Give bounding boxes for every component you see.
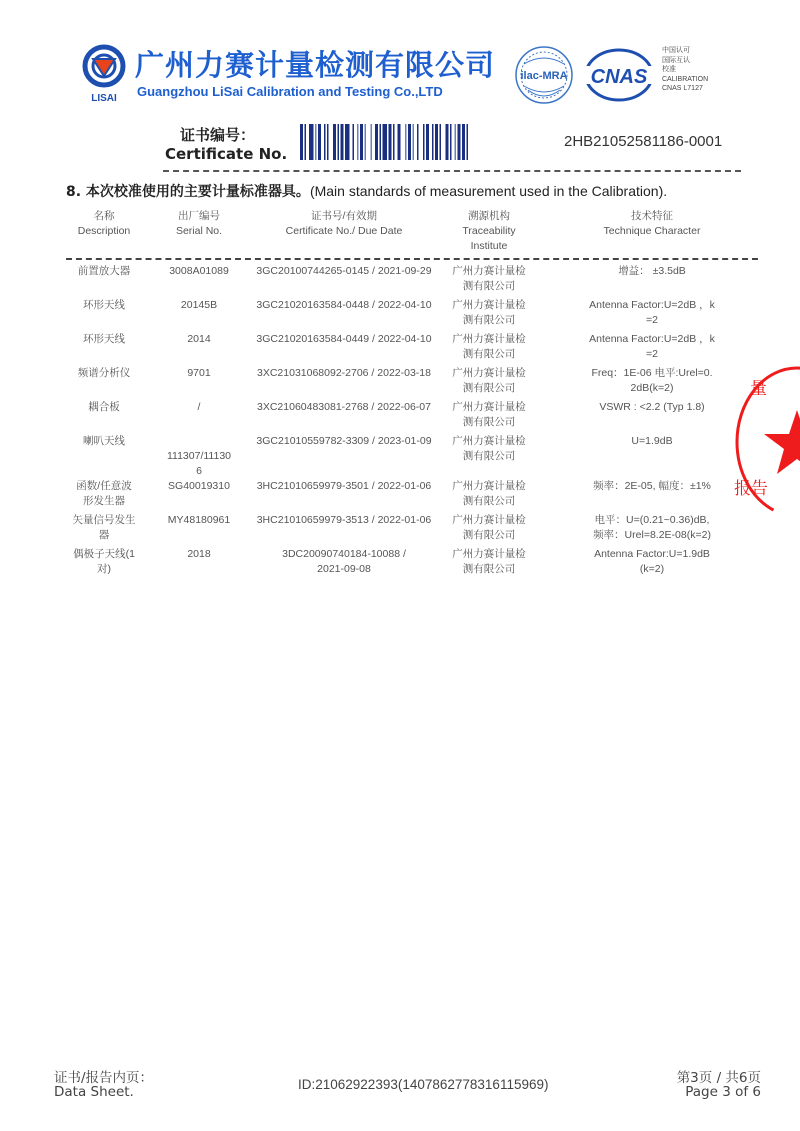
header-divider <box>66 258 758 260</box>
cell-certificate: 3GC21020163584-0449 / 2022-04-10 <box>254 332 434 366</box>
barcode <box>300 124 518 160</box>
svg-text:报告: 报告 <box>734 479 768 499</box>
table-row: 频谱分析仪97013XC21031068092-2706 / 2022-03-1… <box>64 366 760 400</box>
cell-serial: 2018 <box>144 547 254 581</box>
page-number-cn: 第3页 / 共6页 <box>677 1066 761 1086</box>
svg-text:量: 量 <box>750 379 767 399</box>
cell-description: 喇叭天线 <box>64 434 144 479</box>
table-row: 函数/任意波形发生器SG400193103HC21010659979-3501 … <box>64 479 760 513</box>
cell-serial: MY48180961 <box>144 513 254 547</box>
table-row: 耦合板/3XC21060483081-2768 / 2022-06-07广州力赛… <box>64 400 760 434</box>
cell-technique: U=1.9dB <box>544 434 760 479</box>
cell-certificate: 3GC21020163584-0448 / 2022-04-10 <box>254 298 434 332</box>
cell-serial: 2014 <box>144 332 254 366</box>
cell-certificate: 3GC21010559782-3309 / 2023-01-09 <box>254 434 434 479</box>
cell-description: 偶极子天线(1对) <box>64 547 144 581</box>
cell-description: 耦合板 <box>64 400 144 434</box>
header-description: 名称Description <box>64 209 144 258</box>
cell-traceability: 广州力赛计量检测有限公司 <box>434 332 544 366</box>
cell-description: 频谱分析仪 <box>64 366 144 400</box>
cell-traceability: 广州力赛计量检测有限公司 <box>434 547 544 581</box>
header-traceability: 溯源机构Traceability Institute <box>434 209 544 258</box>
cell-technique: Freq：1E-06 电平:Urel=0.2dB(k=2) <box>544 366 760 400</box>
cell-description: 前置放大器 <box>64 264 144 298</box>
cell-serial: SG40019310 <box>144 479 254 513</box>
cell-description: 函数/任意波形发生器 <box>64 479 144 513</box>
document-id: ID:21062922393(1407862778316115969) <box>298 1077 548 1092</box>
cell-technique: 增益： ±3.5dB <box>544 264 760 298</box>
svg-text:ilac-MRA: ilac-MRA <box>520 70 567 82</box>
header-certificate: 证书号/有效期Certificate No./ Due Date <box>254 209 434 258</box>
cell-technique: Antenna Factor:U=2dB ，k=2 <box>544 332 760 366</box>
cell-serial: 111307/111306 <box>144 434 254 479</box>
company-name-en: Guangzhou LiSai Calibration and Testing … <box>137 84 443 99</box>
cell-technique: VSWR : <2.2 (Typ 1.8) <box>544 400 760 434</box>
page-number-en: Page 3 of 6 <box>685 1084 761 1100</box>
cell-serial: 3008A01089 <box>144 264 254 298</box>
cell-technique: Antenna Factor:U=2dB ，k=2 <box>544 298 760 332</box>
cell-certificate: 3GC20100744265-0145 / 2021-09-29 <box>254 264 434 298</box>
lisai-logo-icon: LISAI <box>80 44 128 104</box>
certificate-number: 2HB21052581186-0001 <box>564 133 722 150</box>
cell-traceability: 广州力赛计量检测有限公司 <box>434 479 544 513</box>
cell-technique: 电平：U=(0.21~0.36)dB, 频率：Urel=8.2E-08(k=2) <box>544 513 760 547</box>
cell-certificate: 3XC21031068092-2706 / 2022-03-18 <box>254 366 434 400</box>
cell-description: 矢量信号发生器 <box>64 513 144 547</box>
cell-description: 环形天线 <box>64 298 144 332</box>
table-row: 矢量信号发生器MY481809613HC21010659979-3513 / 2… <box>64 513 760 547</box>
cell-certificate: 3DC20090740184-10088 / 2021-09-08 <box>254 547 434 581</box>
cell-serial: 9701 <box>144 366 254 400</box>
cell-technique: Antenna Factor:U=1.9dB (k=2) <box>544 547 760 581</box>
table-row: 环形天线20143GC21020163584-0449 / 2022-04-10… <box>64 332 760 366</box>
cell-traceability: 广州力赛计量检测有限公司 <box>434 264 544 298</box>
svg-text:CNAS: CNAS <box>591 66 648 88</box>
divider <box>163 170 741 172</box>
section-title: 8. 本次校准使用的主要计量标准器具。(Main standards of me… <box>66 181 667 201</box>
cell-traceability: 广州力赛计量检测有限公司 <box>434 298 544 332</box>
company-name-cn: 广州力赛计量检测有限公司 <box>135 47 495 83</box>
cell-traceability: 广州力赛计量检测有限公司 <box>434 400 544 434</box>
cell-description: 环形天线 <box>64 332 144 366</box>
footer-label-cn: 证书/报告内页： <box>54 1066 153 1086</box>
standards-table: 名称Description 出厂编号Serial No. 证书号/有效期Cert… <box>64 209 760 581</box>
red-seal-stamp: 量 报告 <box>732 362 800 522</box>
cell-technique: 频率：2E-05, 幅度：±1% <box>544 479 760 513</box>
table-row: 喇叭天线111307/1113063GC21010559782-3309 / 2… <box>64 434 760 479</box>
cell-traceability: 广州力赛计量检测有限公司 <box>434 513 544 547</box>
table-row: 前置放大器3008A010893GC20100744265-0145 / 202… <box>64 264 760 298</box>
svg-text:LISAI: LISAI <box>91 93 117 104</box>
cell-certificate: 3HC21010659979-3501 / 2022-01-06 <box>254 479 434 513</box>
cell-certificate: 3XC21060483081-2768 / 2022-06-07 <box>254 400 434 434</box>
ilac-mra-logo-icon: ilac-MRA <box>514 44 574 106</box>
cell-certificate: 3HC21010659979-3513 / 2022-01-06 <box>254 513 434 547</box>
table-row: 环形天线20145B3GC21020163584-0448 / 2022-04-… <box>64 298 760 332</box>
certificate-label-cn: 证书编号： <box>180 124 255 145</box>
cell-traceability: 广州力赛计量检测有限公司 <box>434 434 544 479</box>
header-serial: 出厂编号Serial No. <box>144 209 254 258</box>
cell-serial: 20145B <box>144 298 254 332</box>
certificate-label-en: Certificate No. <box>165 145 287 163</box>
footer-label-en: Data Sheet. <box>54 1084 134 1100</box>
cell-traceability: 广州力赛计量检测有限公司 <box>434 366 544 400</box>
table-row: 偶极子天线(1对)20183DC20090740184-10088 / 2021… <box>64 547 760 581</box>
header-technique: 技术特征Technique Character <box>544 209 760 258</box>
cnas-logo-icon: CNAS <box>584 48 654 102</box>
cnas-accreditation-text: 中国认可 国际互认 校准 CALIBRATION CNAS L7127 <box>662 46 708 94</box>
cell-serial: / <box>144 400 254 434</box>
